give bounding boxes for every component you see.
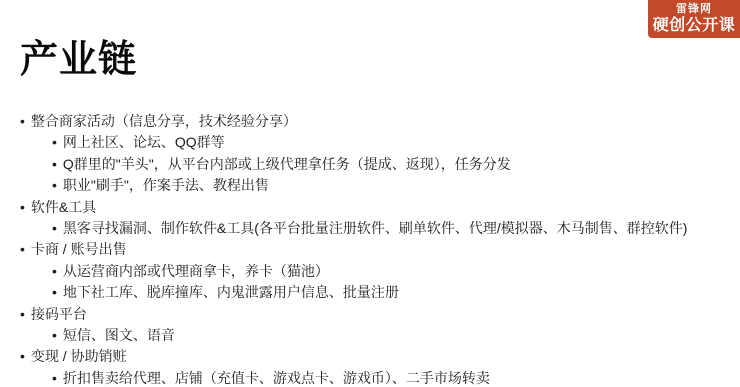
outline-item-text: 从运营商内部或代理商拿卡，养卡（猫池）	[63, 263, 329, 279]
outline-item: •职业"刷手"，作案手法、教程出售	[0, 175, 740, 196]
outline-item-text: 折扣售卖给代理、店铺（充值卡、游戏点卡、游戏币）、二手市场转卖	[63, 370, 490, 386]
outline-item-text: 变现 / 协助销赃	[31, 348, 127, 364]
outline-item: •整合商家活动（信息分享，技术经验分享）	[0, 111, 740, 132]
outline-item: •变现 / 协助销赃	[0, 346, 740, 367]
outline-item-text: 网上社区、论坛、QQ群等	[63, 134, 225, 150]
outline-item-text: 接码平台	[31, 306, 87, 322]
outline-item: •软件&工具	[0, 197, 740, 218]
outline-list: •整合商家活动（信息分享，技术经验分享）•网上社区、论坛、QQ群等•Q群里的"羊…	[0, 111, 740, 387]
bullet-icon: •	[20, 111, 25, 132]
outline-item-text: 卡商 / 账号出售	[31, 241, 127, 257]
outline-item: •短信、图文、语音	[0, 325, 740, 346]
bullet-icon: •	[52, 132, 57, 153]
page-title: 产业链	[20, 40, 137, 80]
outline-item-text: 整合商家活动（信息分享，技术经验分享）	[31, 113, 297, 129]
outline-item: •地下社工库、脱库撞库、内鬼泄露用户信息、批量注册	[0, 282, 740, 303]
outline-item: •折扣售卖给代理、店铺（充值卡、游戏点卡、游戏币）、二手市场转卖	[0, 368, 740, 387]
bullet-icon: •	[52, 218, 57, 239]
bullet-icon: •	[52, 282, 57, 303]
outline-item: •黑客寻找漏洞、制作软件&工具(各平台批量注册软件、刷单软件、代理/模拟器、木马…	[0, 218, 740, 239]
outline-item-text: 黑客寻找漏洞、制作软件&工具(各平台批量注册软件、刷单软件、代理/模拟器、木马制…	[63, 220, 688, 236]
logo-brand-text: 雷锋网	[648, 3, 740, 16]
outline-item-text: 软件&工具	[31, 199, 96, 215]
outline-item: •Q群里的"羊头"，从平台内部或上级代理拿任务（提成、返现），任务分发	[0, 154, 740, 175]
bullet-icon: •	[52, 175, 57, 196]
outline-item: •接码平台	[0, 304, 740, 325]
bullet-icon: •	[52, 325, 57, 346]
leiphone-logo: 雷锋网 硬创公开课	[648, 0, 740, 38]
bullet-icon: •	[20, 304, 25, 325]
bullet-icon: •	[20, 197, 25, 218]
bullet-icon: •	[52, 368, 57, 387]
outline-item-text: 地下社工库、脱库撞库、内鬼泄露用户信息、批量注册	[63, 284, 399, 300]
bullet-icon: •	[20, 346, 25, 367]
outline-item-text: 职业"刷手"，作案手法、教程出售	[63, 177, 269, 193]
bullet-icon: •	[52, 154, 57, 175]
outline-item: •卡商 / 账号出售	[0, 239, 740, 260]
outline-item: •网上社区、论坛、QQ群等	[0, 132, 740, 153]
outline-item: •从运营商内部或代理商拿卡，养卡（猫池）	[0, 261, 740, 282]
logo-program-text: 硬创公开课	[648, 16, 740, 35]
bullet-icon: •	[52, 261, 57, 282]
outline-item-text: Q群里的"羊头"，从平台内部或上级代理拿任务（提成、返现），任务分发	[63, 156, 511, 172]
bullet-icon: •	[20, 239, 25, 260]
slide-canvas: 雷锋网 硬创公开课 产业链 •整合商家活动（信息分享，技术经验分享）•网上社区、…	[0, 0, 740, 387]
outline-item-text: 短信、图文、语音	[63, 327, 175, 343]
